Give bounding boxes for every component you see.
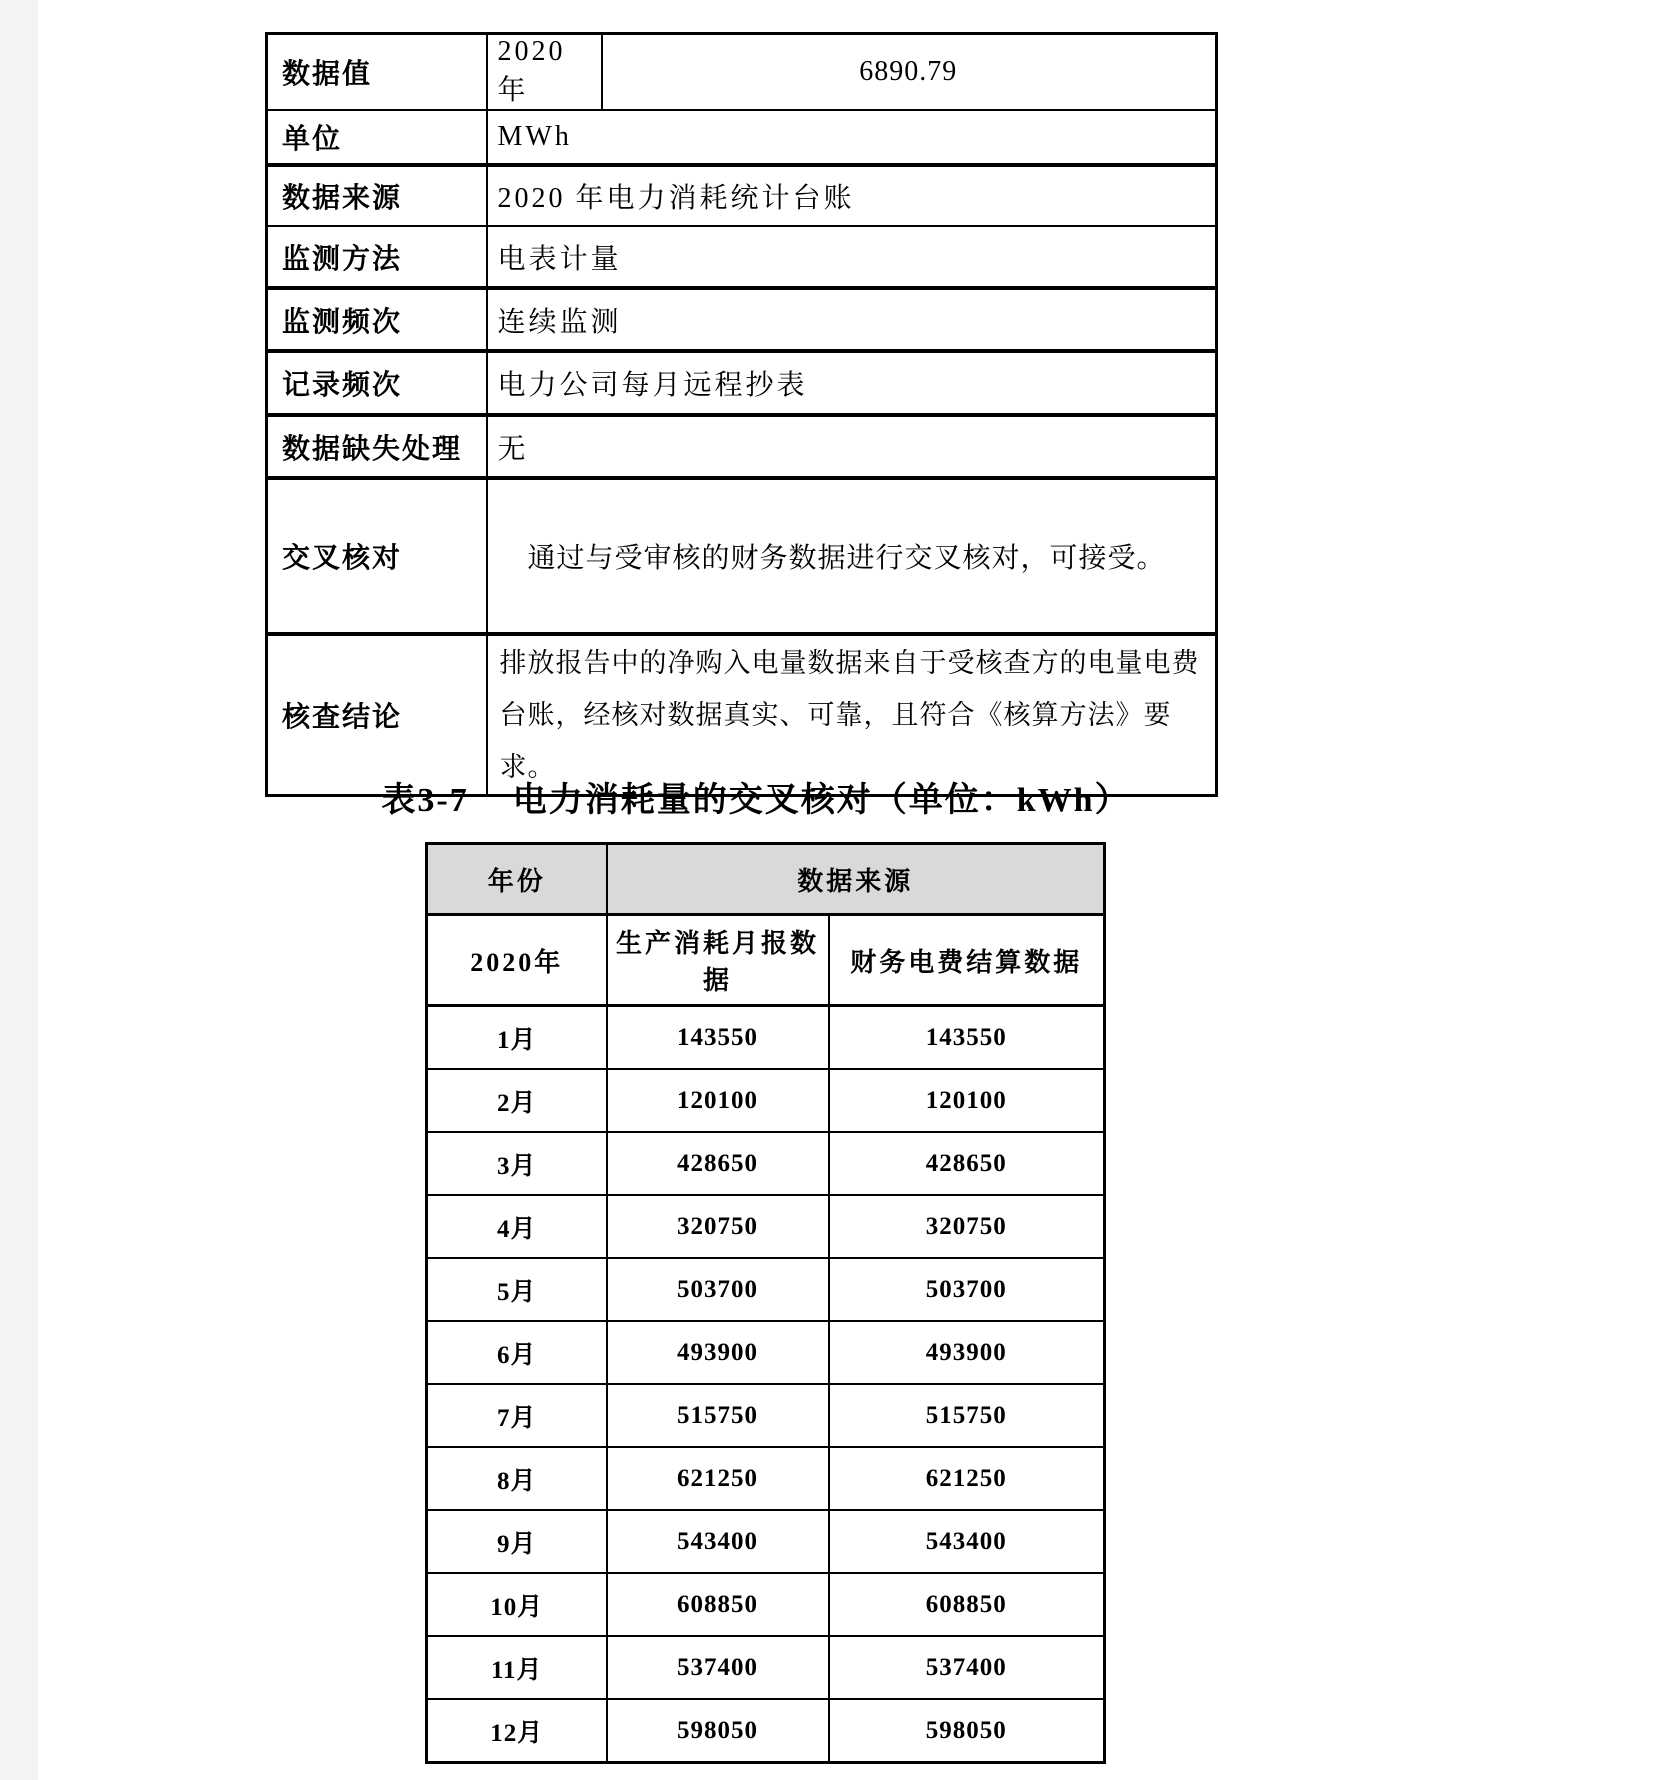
- table-row: 监测频次 连续监测: [267, 288, 1217, 351]
- table-row: 1月 143550 143550: [427, 1006, 1105, 1070]
- production-cell: 537400: [607, 1636, 829, 1699]
- production-header: 生产消耗月报数据: [607, 915, 829, 1006]
- finance-cell: 493900: [829, 1321, 1105, 1384]
- info-value: MWh: [487, 110, 1217, 165]
- table-row: 记录频次 电力公司每月远程抄表: [267, 351, 1217, 415]
- table-row: 12月 598050 598050: [427, 1699, 1105, 1763]
- table-row: 单位 MWh: [267, 110, 1217, 165]
- month-cell: 12月: [427, 1699, 607, 1763]
- table-row: 5月 503700 503700: [427, 1258, 1105, 1321]
- month-cell: 6月: [427, 1321, 607, 1384]
- info-label: 数据值: [267, 34, 487, 111]
- table-row: 2月 120100 120100: [427, 1069, 1105, 1132]
- month-cell: 9月: [427, 1510, 607, 1573]
- table-row: 监测方法 电表计量: [267, 226, 1217, 288]
- month-cell: 8月: [427, 1447, 607, 1510]
- production-cell: 608850: [607, 1573, 829, 1636]
- production-cell: 493900: [607, 1321, 829, 1384]
- month-cell: 4月: [427, 1195, 607, 1258]
- monitoring-info-table: 数据值 2020 年 6890.79 单位 MWh 数据来源 2020 年电力消…: [265, 32, 1218, 797]
- month-cell: 7月: [427, 1384, 607, 1447]
- info-label: 数据来源: [267, 165, 487, 226]
- info-value: 电表计量: [487, 226, 1217, 288]
- table-row: 11月 537400 537400: [427, 1636, 1105, 1699]
- month-cell: 10月: [427, 1573, 607, 1636]
- finance-cell: 608850: [829, 1573, 1105, 1636]
- month-cell: 3月: [427, 1132, 607, 1195]
- finance-cell: 537400: [829, 1636, 1105, 1699]
- header-row: 年份 数据来源: [427, 844, 1105, 915]
- production-cell: 503700: [607, 1258, 829, 1321]
- finance-cell: 320750: [829, 1195, 1105, 1258]
- finance-cell: 143550: [829, 1006, 1105, 1070]
- table-row: 7月 515750 515750: [427, 1384, 1105, 1447]
- info-value: 电力公司每月远程抄表: [487, 351, 1217, 415]
- info-value: 连续监测: [487, 288, 1217, 351]
- table-row: 10月 608850 608850: [427, 1573, 1105, 1636]
- info-value: 无: [487, 415, 1217, 478]
- production-cell: 515750: [607, 1384, 829, 1447]
- subheader-row: 2020年 生产消耗月报数据 财务电费结算数据: [427, 915, 1105, 1006]
- finance-cell: 621250: [829, 1447, 1105, 1510]
- production-cell: 621250: [607, 1447, 829, 1510]
- table-row: 9月 543400 543400: [427, 1510, 1105, 1573]
- production-cell: 120100: [607, 1069, 829, 1132]
- table-row: 6月 493900 493900: [427, 1321, 1105, 1384]
- finance-cell: 120100: [829, 1069, 1105, 1132]
- month-cell: 1月: [427, 1006, 607, 1070]
- table-row: 3月 428650 428650: [427, 1132, 1105, 1195]
- info-label: 交叉核对: [267, 478, 487, 634]
- table-row: 数据值 2020 年 6890.79: [267, 34, 1217, 111]
- finance-cell: 598050: [829, 1699, 1105, 1763]
- production-cell: 320750: [607, 1195, 829, 1258]
- info-value: 6890.79: [602, 34, 1217, 111]
- month-cell: 11月: [427, 1636, 607, 1699]
- info-label: 单位: [267, 110, 487, 165]
- table-row: 数据缺失处理 无: [267, 415, 1217, 478]
- table-number: 表3-7: [381, 782, 468, 819]
- source-header: 数据来源: [607, 844, 1105, 915]
- finance-cell: 543400: [829, 1510, 1105, 1573]
- document-page: 数据值 2020 年 6890.79 单位 MWh 数据来源 2020 年电力消…: [0, 0, 1654, 1780]
- table-row: 数据来源 2020 年电力消耗统计台账: [267, 165, 1217, 226]
- production-cell: 543400: [607, 1510, 829, 1573]
- table-title: 表3-7电力消耗量的交叉核对（单位：kWh）: [0, 772, 1512, 821]
- info-label: 记录频次: [267, 351, 487, 415]
- info-year: 2020 年: [487, 34, 602, 111]
- year-cell: 2020年: [427, 915, 607, 1006]
- month-cell: 2月: [427, 1069, 607, 1132]
- page-margin-strip: [0, 0, 38, 1780]
- finance-cell: 428650: [829, 1132, 1105, 1195]
- production-cell: 598050: [607, 1699, 829, 1763]
- table-row: 4月 320750 320750: [427, 1195, 1105, 1258]
- month-cell: 5月: [427, 1258, 607, 1321]
- table-row: 8月 621250 621250: [427, 1447, 1105, 1510]
- info-label: 监测频次: [267, 288, 487, 351]
- info-value: 2020 年电力消耗统计台账: [487, 165, 1217, 226]
- info-value: 通过与受审核的财务数据进行交叉核对，可接受。: [487, 478, 1217, 634]
- finance-cell: 503700: [829, 1258, 1105, 1321]
- production-cell: 428650: [607, 1132, 829, 1195]
- info-label: 数据缺失处理: [267, 415, 487, 478]
- table-row: 交叉核对 通过与受审核的财务数据进行交叉核对，可接受。: [267, 478, 1217, 634]
- finance-cell: 515750: [829, 1384, 1105, 1447]
- production-cell: 143550: [607, 1006, 829, 1070]
- cross-check-table: 年份 数据来源 2020年 生产消耗月报数据 财务电费结算数据 1月 14355…: [425, 842, 1106, 1764]
- info-label: 监测方法: [267, 226, 487, 288]
- finance-header: 财务电费结算数据: [829, 915, 1105, 1006]
- year-header: 年份: [427, 844, 607, 915]
- table-title-text: 电力消耗量的交叉核对（单位：kWh）: [513, 782, 1131, 819]
